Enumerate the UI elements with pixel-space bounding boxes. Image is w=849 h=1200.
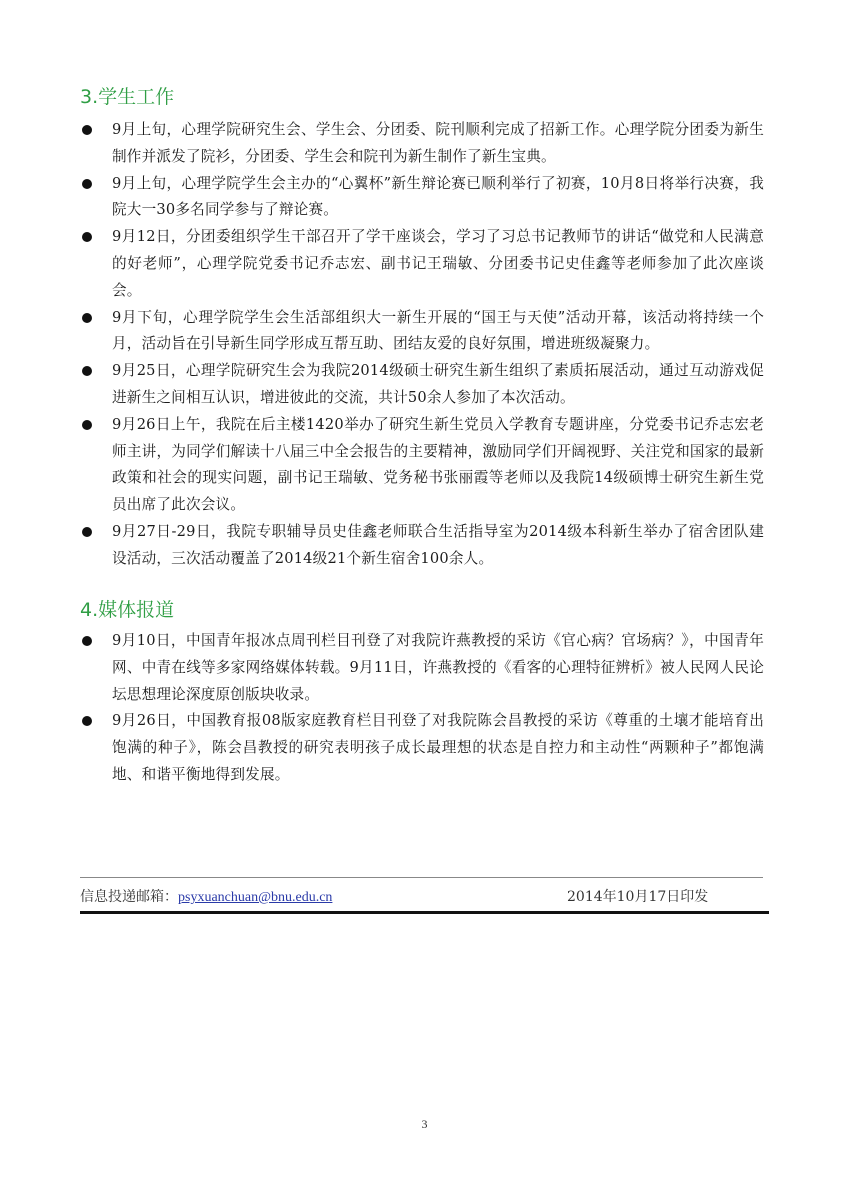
email-link[interactable]: psyxuanchuan@bnu.edu.cn bbox=[178, 890, 332, 905]
footer-divider-thin bbox=[80, 877, 763, 878]
section-heading-media-reports: 4.媒体报道 bbox=[80, 597, 174, 623]
list-item: 9月12日，分团委组织学生干部召开了学干座谈会，学习了习总书记教师节的讲话“做党… bbox=[80, 224, 764, 304]
list-item: 9月10日，中国青年报冰点周刊栏目刊登了对我院许燕教授的采访《官心病？官场病？》… bbox=[80, 628, 764, 708]
bullet-icon bbox=[82, 179, 92, 189]
list-item: 9月上旬，心理学院研究生会、学生会、分团委、院刊顺利完成了招新工作。心理学院分团… bbox=[80, 117, 764, 171]
bullet-icon bbox=[82, 313, 92, 323]
email-label: 信息投递邮箱： bbox=[80, 889, 178, 905]
student-work-list: 9月上旬，心理学院研究生会、学生会、分团委、院刊顺利完成了招新工作。心理学院分团… bbox=[80, 117, 764, 573]
page-number: 3 bbox=[0, 1117, 849, 1132]
bullet-icon bbox=[82, 716, 92, 726]
footer-contact: 信息投递邮箱：psyxuanchuan@bnu.edu.cn bbox=[80, 887, 332, 908]
bullet-icon bbox=[82, 420, 92, 430]
media-reports-list: 9月10日，中国青年报冰点周刊栏目刊登了对我院许燕教授的采访《官心病？官场病？》… bbox=[80, 628, 764, 789]
list-item: 9月上旬，心理学院学生会主办的“心翼杯”新生辩论赛已顺利举行了初赛，10月8日将… bbox=[80, 171, 764, 225]
issue-date: 2014年10月17日印发 bbox=[567, 887, 708, 907]
bullet-icon bbox=[82, 636, 92, 646]
list-item: 9月25日，心理学院研究生会为我院2014级硕士研究生新生组织了素质拓展活动，通… bbox=[80, 358, 764, 412]
list-item: 9月27日-29日，我院专职辅导员史佳鑫老师联合生活指导室为2014级本科新生举… bbox=[80, 519, 764, 573]
list-item: 9月26日上午，我院在后主楼1420举办了研究生新生党员入学教育专题讲座，分党委… bbox=[80, 412, 764, 519]
bullet-icon bbox=[82, 232, 92, 242]
footer-divider-thick bbox=[80, 911, 769, 914]
bullet-icon bbox=[82, 366, 92, 376]
list-item: 9月26日，中国教育报08版家庭教育栏目刊登了对我院陈会昌教授的采访《尊重的土壤… bbox=[80, 708, 764, 788]
bullet-icon bbox=[82, 527, 92, 537]
section-heading-student-work: 3.学生工作 bbox=[80, 84, 174, 110]
list-item: 9月下旬，心理学院学生会生活部组织大一新生开展的“国王与天使”活动开幕，该活动将… bbox=[80, 305, 764, 359]
bullet-icon bbox=[82, 125, 92, 135]
document-page: 3.学生工作 9月上旬，心理学院研究生会、学生会、分团委、院刊顺利完成了招新工作… bbox=[0, 0, 849, 1200]
